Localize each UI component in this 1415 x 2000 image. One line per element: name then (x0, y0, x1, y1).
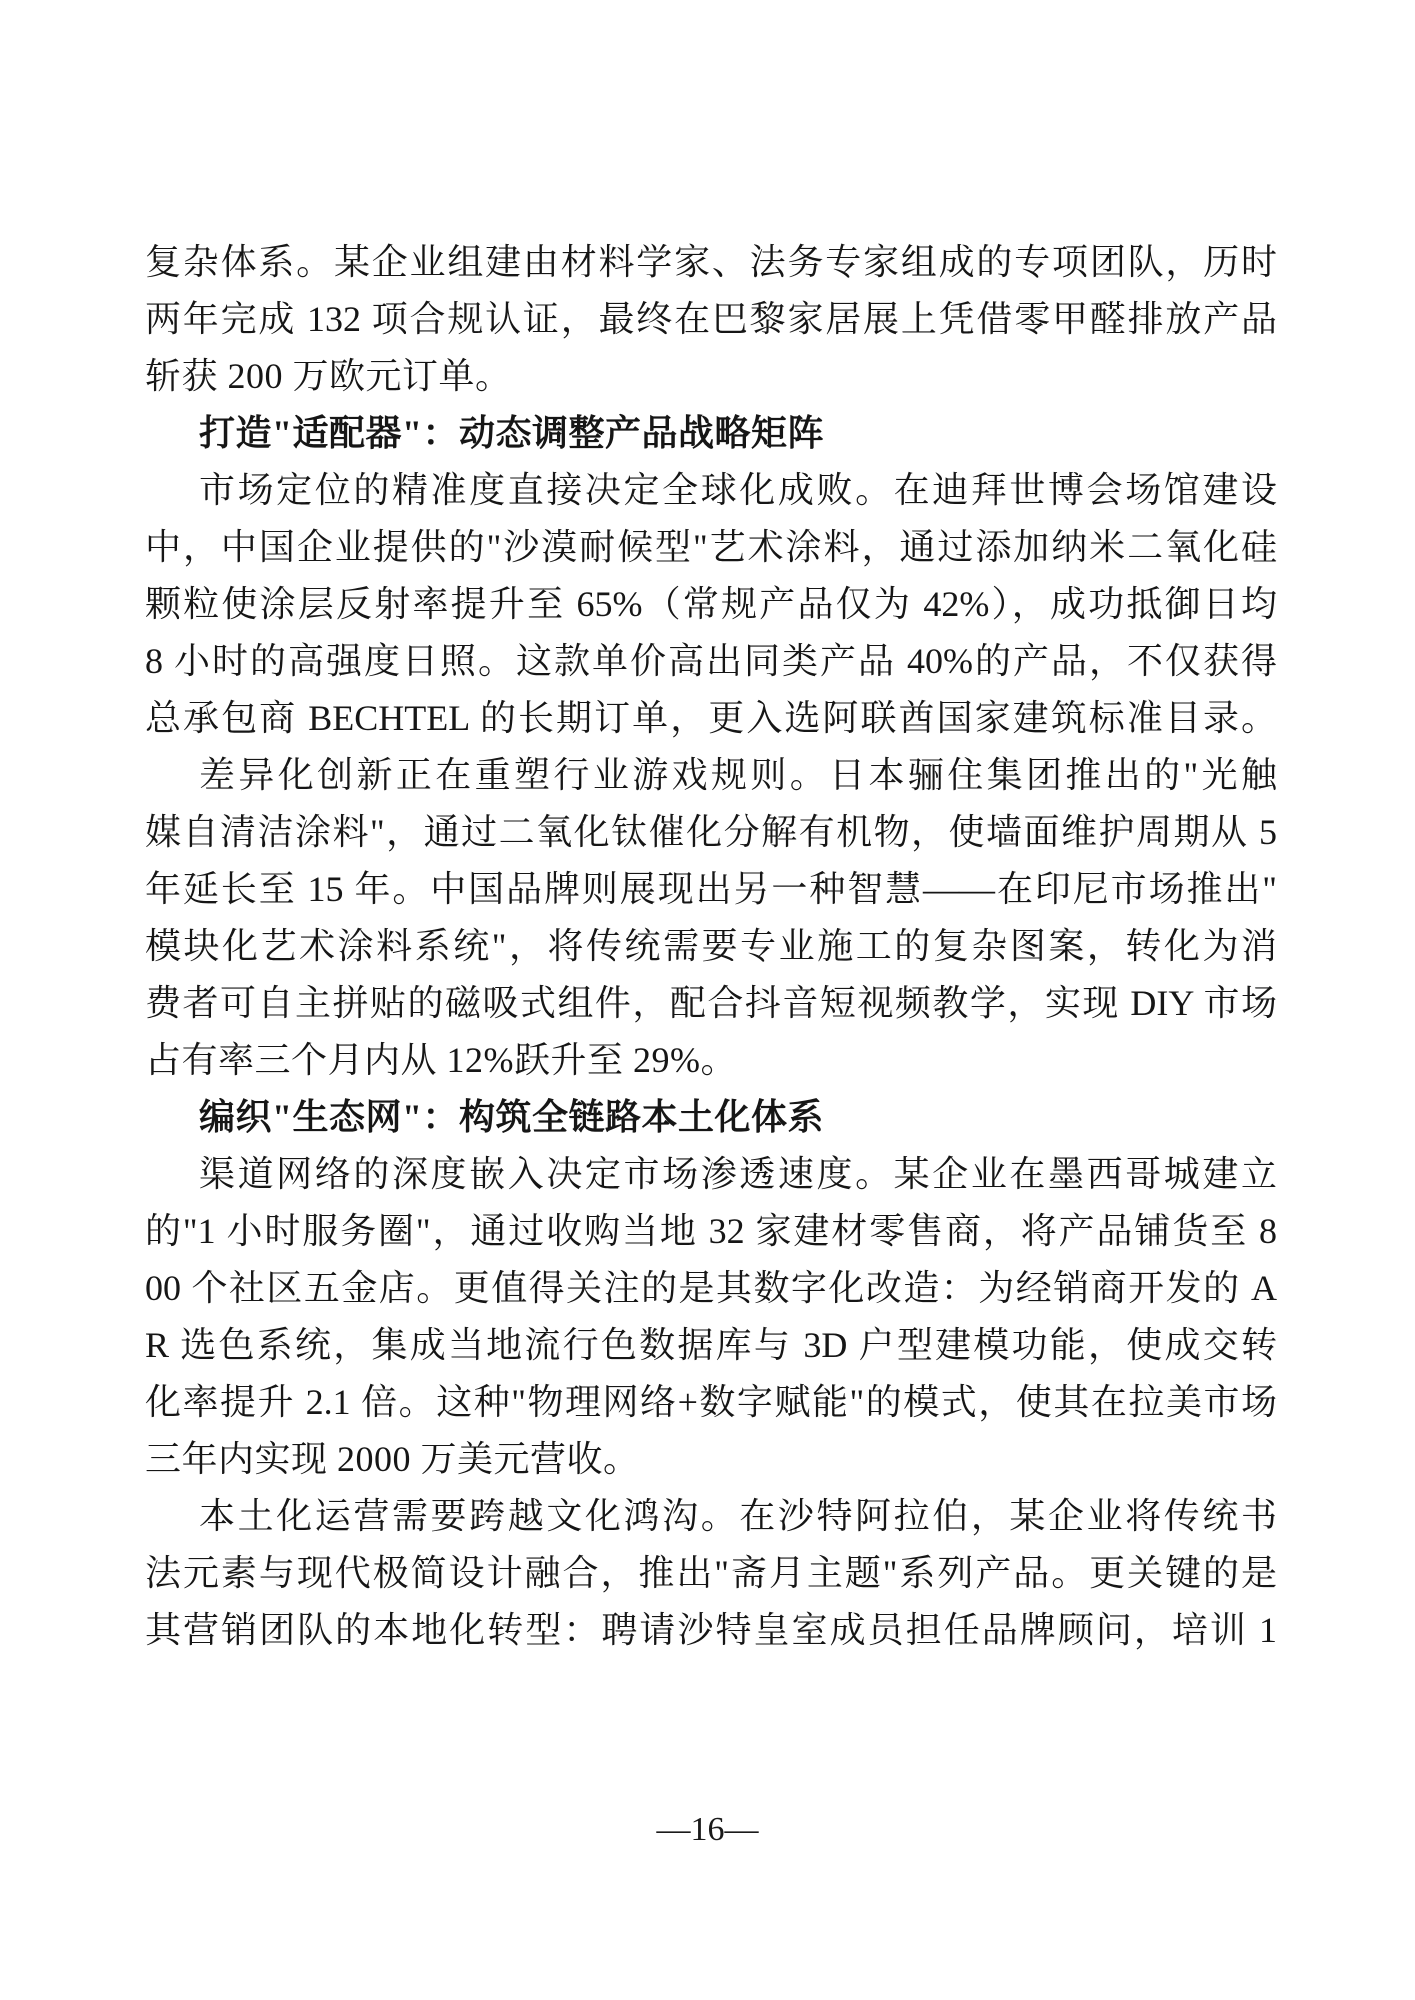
section-heading: 编织"生态网"：构筑全链路本土化体系 (145, 1089, 1277, 1146)
text-line: 市场定位的精准度直接决定全球化成败。在迪拜世博会场馆建设 (145, 462, 1277, 519)
text-line: 三年内实现 2000 万美元营收。 (145, 1431, 1277, 1488)
text-line: R 选色系统，集成当地流行色数据库与 3D 户型建模功能，使成交转 (145, 1317, 1277, 1374)
text-line: 其营销团队的本地化转型：聘请沙特皇室成员担任品牌顾问，培训 1 (145, 1602, 1277, 1659)
text-line: 模块化艺术涂料系统"，将传统需要专业施工的复杂图案，转化为消 (145, 918, 1277, 975)
text-line: 总承包商 BECHTEL 的长期订单，更入选阿联酋国家建筑标准目录。 (145, 690, 1277, 747)
text-line: 00 个社区五金店。更值得关注的是其数字化改造：为经销商开发的 A (145, 1260, 1277, 1317)
text-line: 法元素与现代极简设计融合，推出"斋月主题"系列产品。更关键的是 (145, 1545, 1277, 1602)
text-line: 8 小时的高强度日照。这款单价高出同类产品 40%的产品，不仅获得 (145, 633, 1277, 690)
document-page: 复杂体系。某企业组建由材料学家、法务专家组成的专项团队，历时 两年完成 132 … (0, 0, 1415, 2000)
text-line: 渠道网络的深度嵌入决定市场渗透速度。某企业在墨西哥城建立 (145, 1146, 1277, 1203)
text-line: 颗粒使涂层反射率提升至 65%（常规产品仅为 42%），成功抵御日均 (145, 576, 1277, 633)
text-line: 差异化创新正在重塑行业游戏规则。日本骊住集团推出的"光触 (145, 747, 1277, 804)
text-line: 本土化运营需要跨越文化鸿沟。在沙特阿拉伯，某企业将传统书 (145, 1488, 1277, 1545)
text-line: 两年完成 132 项合规认证，最终在巴黎家居展上凭借零甲醛排放产品 (145, 291, 1277, 348)
text-line: 的"1 小时服务圈"，通过收购当地 32 家建材零售商，将产品铺货至 8 (145, 1203, 1277, 1260)
text-line: 占有率三个月内从 12%跃升至 29%。 (145, 1032, 1277, 1089)
text-line: 化率提升 2.1 倍。这种"物理网络+数字赋能"的模式，使其在拉美市场 (145, 1374, 1277, 1431)
text-line: 复杂体系。某企业组建由材料学家、法务专家组成的专项团队，历时 (145, 234, 1277, 291)
text-line: 中，中国企业提供的"沙漠耐候型"艺术涂料，通过添加纳米二氧化硅 (145, 519, 1277, 576)
text-line: 斩获 200 万欧元订单。 (145, 348, 1277, 405)
text-line: 媒自清洁涂料"，通过二氧化钛催化分解有机物，使墙面维护周期从 5 (145, 804, 1277, 861)
section-heading: 打造"适配器"：动态调整产品战略矩阵 (145, 405, 1277, 462)
text-line: 年延长至 15 年。中国品牌则展现出另一种智慧——在印尼市场推出" (145, 861, 1277, 918)
page-number: —16— (0, 1806, 1415, 1854)
text-block: 复杂体系。某企业组建由材料学家、法务专家组成的专项团队，历时 两年完成 132 … (145, 234, 1277, 1659)
text-line: 费者可自主拼贴的磁吸式组件，配合抖音短视频教学，实现 DIY 市场 (145, 975, 1277, 1032)
